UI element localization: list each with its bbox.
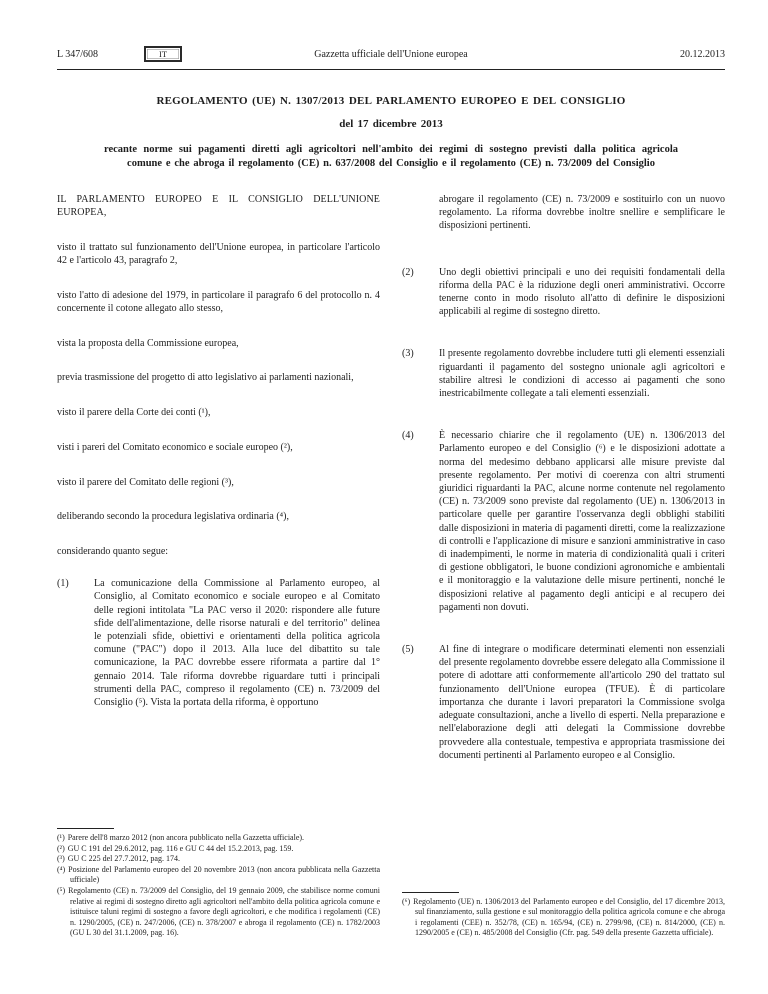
preamble-citation: vista la proposta della Commissione euro… — [57, 337, 380, 350]
header-divider — [57, 69, 725, 70]
preamble-citation: visto il trattato sul funzionamento dell… — [57, 241, 380, 267]
recital-1-continuation: abrogare il regolamento (CE) n. 73/2009 … — [402, 193, 725, 233]
page-header: L 347/608 IT Gazzetta ufficiale dell'Uni… — [57, 45, 725, 63]
recital-4: (4) È necessario chiarire che il regolam… — [402, 429, 725, 614]
recital-number: (2) — [402, 266, 439, 319]
preamble-enacting-authority: IL PARLAMENTO EUROPEO E IL CONSIGLIO DEL… — [57, 193, 380, 219]
recital-text: Al fine di integrare o modificare determ… — [439, 643, 725, 762]
body-columns: IL PARLAMENTO EUROPEO E IL CONSIGLIO DEL… — [57, 193, 725, 951]
footnote-6: (⁶)Regolamento (UE) n. 1306/2013 del Par… — [402, 897, 725, 939]
footnote-marker: (⁴) — [57, 865, 68, 874]
footnote-text: GU C 191 del 29.6.2012, pag. 116 e GU C … — [68, 844, 294, 853]
footnote-marker: (⁶) — [402, 897, 413, 906]
recital-number: (4) — [402, 429, 439, 614]
header-left: L 347/608 IT — [57, 46, 314, 63]
recital-text: Il presente regolamento dovrebbe include… — [439, 347, 725, 400]
recital-number: (3) — [402, 347, 439, 400]
page-reference: L 347/608 — [57, 49, 98, 60]
recital-text: Uno degli obiettivi principali e uno dei… — [439, 266, 725, 319]
preamble-citation: deliberando secondo la procedura legisla… — [57, 510, 380, 523]
footnote-text: Posizione del Parlamento europeo del 20 … — [68, 865, 380, 885]
regulation-subtitle: recante norme sui pagamenti diretti agli… — [104, 143, 678, 170]
preamble-citation: previa trasmissione del progetto di atto… — [57, 371, 380, 384]
footnote-marker: (³) — [57, 854, 68, 863]
recital-3: (3) Il presente regolamento dovrebbe inc… — [402, 347, 725, 400]
recital-2: (2) Uno degli obiettivi principali e uno… — [402, 266, 725, 319]
footnote-divider — [402, 892, 459, 893]
issue-date: 20.12.2013 — [468, 49, 725, 60]
recital-number: (1) — [57, 577, 94, 709]
recital-1: (1) La comunicazione della Commissione a… — [57, 577, 380, 709]
footnote-marker: (⁵) — [57, 886, 68, 895]
preamble-citation: visto il parere del Comitato delle regio… — [57, 476, 380, 489]
left-column: IL PARLAMENTO EUROPEO E IL CONSIGLIO DEL… — [57, 193, 380, 951]
recital-text: È necessario chiarire che il regolamento… — [439, 429, 725, 614]
footnote-4: (⁴)Posizione del Parlamento europeo del … — [57, 865, 380, 886]
preamble-citation: visto l'atto di adesione del 1979, in pa… — [57, 289, 380, 315]
preamble-lead-in: considerando quanto segue: — [57, 545, 380, 558]
document-page: L 347/608 IT Gazzetta ufficiale dell'Uni… — [0, 0, 768, 994]
footnote-text: GU C 225 del 27.7.2012, pag. 174. — [68, 854, 180, 863]
footnote-text: Regolamento (CE) n. 73/2009 del Consigli… — [68, 886, 380, 937]
title-block: REGOLAMENTO (UE) N. 1307/2013 DEL PARLAM… — [57, 95, 725, 170]
regulation-title: REGOLAMENTO (UE) N. 1307/2013 DEL PARLAM… — [57, 95, 725, 107]
language-badge: IT — [144, 46, 182, 63]
recital-number: (5) — [402, 643, 439, 762]
footnote-marker: (²) — [57, 844, 68, 853]
footnote-5: (⁵)Regolamento (CE) n. 73/2009 del Consi… — [57, 886, 380, 939]
recital-text: abrogare il regolamento (CE) n. 73/2009 … — [439, 193, 725, 233]
footnote-marker: (¹) — [57, 833, 68, 842]
footnote-1: (¹)Parere dell'8 marzo 2012 (non ancora … — [57, 833, 380, 844]
right-column: abrogare il regolamento (CE) n. 73/2009 … — [402, 193, 725, 951]
recital-text: La comunicazione della Commissione al Pa… — [94, 577, 380, 709]
footnote-3: (³)GU C 225 del 27.7.2012, pag. 174. — [57, 854, 380, 865]
preamble-citation: visto il parere della Corte dei conti (¹… — [57, 406, 380, 419]
footnote-2: (²)GU C 191 del 29.6.2012, pag. 116 e GU… — [57, 844, 380, 855]
right-footnotes: (⁶)Regolamento (UE) n. 1306/2013 del Par… — [402, 892, 725, 951]
preamble-citation: visti i pareri del Comitato economico e … — [57, 441, 380, 454]
footnote-text: Regolamento (UE) n. 1306/2013 del Parlam… — [413, 897, 725, 938]
left-footnotes: (¹)Parere dell'8 marzo 2012 (non ancora … — [57, 828, 380, 951]
footnote-divider — [57, 828, 114, 829]
recital-5: (5) Al fine di integrare o modificare de… — [402, 643, 725, 762]
footnote-text: Parere dell'8 marzo 2012 (non ancora pub… — [68, 833, 304, 842]
regulation-date: del 17 dicembre 2013 — [57, 118, 725, 130]
recital-number-empty — [402, 193, 439, 233]
journal-title: Gazzetta ufficiale dell'Unione europea — [314, 49, 467, 60]
